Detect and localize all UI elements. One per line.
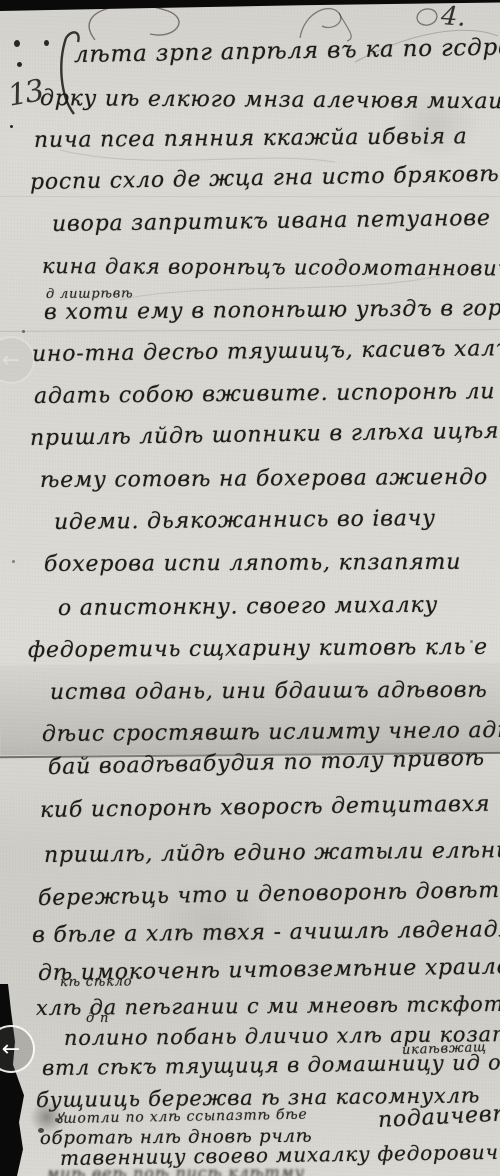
- manuscript-line: дрку иѣ елкюго мнза алечювя михаило: [40, 88, 500, 113]
- manuscript-line: пришлѣ, лйдѣ едино жатыли елѣниц: [44, 840, 500, 867]
- manuscript-line: федоретичь сщхарину китовѣ кль е: [28, 637, 488, 662]
- manuscript-line: в хоти ему в попонѣшю уѣздъ в городѣ: [44, 298, 500, 324]
- manuscript-line: идеми. дьякожаннись во івачу: [54, 508, 436, 534]
- manuscript-line: втл сѣкъ тяущиця в домашницу ид отка: [42, 1052, 500, 1079]
- manuscript-viewer: 4. 13 лѣта зрпг апрѣля въ ка по гсдрвудр…: [0, 0, 500, 1176]
- manuscript-line: миѣ веѣ поѣ писѣ клѣтму: [46, 1165, 305, 1176]
- manuscript-line: кѣ сѣкло: [60, 975, 133, 989]
- manuscript-line: роспи схло де жца гна исто бряковѣ: [30, 164, 500, 194]
- manuscript-line: д п: [86, 1012, 109, 1025]
- manuscript-line: адать собою вживите. испоронѣ ли: [34, 381, 496, 408]
- manuscript-line: ꙋшотли по хлѣ ссыпазтѣ бѣе: [56, 1108, 308, 1126]
- manuscript-line: в бѣле а хлѣ твхя - ачишлѣ лвденадя: [32, 919, 500, 947]
- manuscript-line: бохерова испи ляпоть, кпзапяти: [44, 552, 461, 576]
- manuscript-line: дѣис сростявшѣ ислимту чнело адѣва: [42, 720, 500, 746]
- manuscript-line: бай воадѣвабудия по толу привоѣ: [48, 748, 485, 779]
- manuscript-line: пришлѣ лйдѣ шопники в глѣха ицѣя: [30, 421, 500, 450]
- manuscript-line: пича псеа пянния ккажйа ибвьія а: [34, 126, 468, 152]
- manuscript-line: ѣему сотовѣ на бохерова ажиендо: [40, 467, 488, 492]
- manuscript-line: лѣта зрпг апрѣля въ ка по гсдрву: [74, 36, 500, 67]
- manuscript-line: ивора запритикъ ивана петуанове: [52, 208, 491, 236]
- manuscript-line: о апистонкну. своего михалку: [58, 595, 438, 620]
- manuscript-line: ино-тна десѣо тяушицъ, касивъ халъ: [32, 338, 500, 366]
- manuscript-text: лѣта зрпг апрѣля въ ка по гсдрвудрку иѣ …: [0, 0, 500, 1176]
- manuscript-line: кина дакя воронѣцъ исодомотанновичн: [42, 256, 500, 280]
- manuscript-line: иства одань, ини бдаишъ адѣвовѣ: [50, 680, 488, 704]
- arrow-left-icon: ←: [2, 348, 20, 373]
- manuscript-line: киб испоронѣ хворосѣ детцитавхя: [40, 794, 491, 822]
- arrow-left-icon: ←: [2, 1037, 20, 1062]
- manuscript-line: бережѣць что и деповоронѣ довѣтая: [38, 879, 500, 910]
